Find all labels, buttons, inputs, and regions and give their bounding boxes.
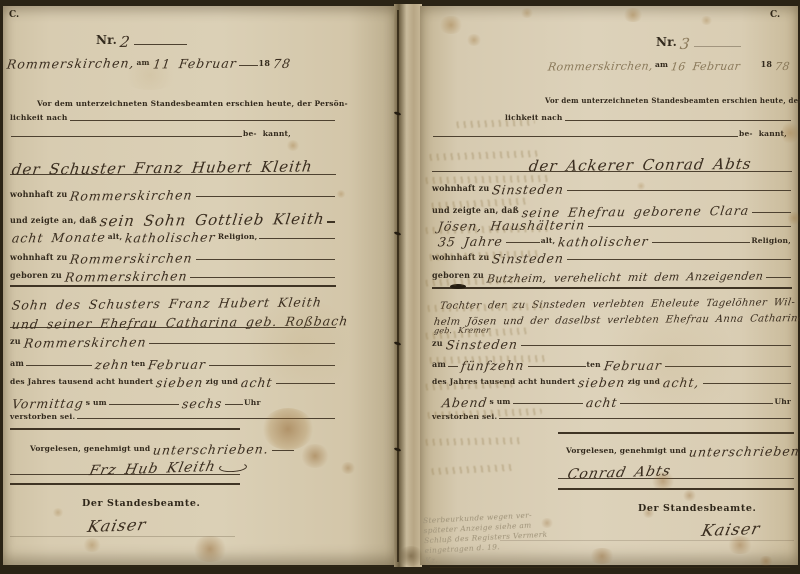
be-label: be- [243,130,258,140]
binding-thread [397,10,399,562]
intro-line2: lichkeit nach [505,114,792,124]
death-place-value: Rommerskirchen [21,336,149,350]
year-tens-value: sieben [153,376,206,389]
am-label: am [136,59,150,69]
residence-value: Rommerskirchen [67,189,195,203]
declarant-signature-row: Frz Hub Kleith [10,452,240,475]
section-divider [10,422,240,430]
year-value: 78 [772,61,792,72]
parentage-row-1: Sohn des Schusters Franz Hubert Kleith [10,290,336,308]
year-tens-value: sieben [575,376,628,389]
death-time-row: Abend s um acht Uhr [440,389,792,407]
death-time-row: Vormittag s um sechs Uhr [10,389,336,408]
place-date-row: Rommerskirchen, am 11 Februar 18 78 [5,58,293,69]
section-divider [558,483,794,490]
declarant-value: der Schuster Franz Hubert Kleith [9,159,316,177]
date-value: 11 Februar [150,58,239,71]
registrar-signature-row: Kaiser [86,508,226,532]
age-value: acht Monate [9,231,109,245]
section-divider [10,478,240,485]
kannt-label: kannt, [759,130,788,140]
place-date-row: Rommerskirchen, am 16 Februar 18 78 [546,60,792,70]
intro-line1: Vor dem unterzeichneten Standesbeamten e… [545,97,800,106]
death-place-row: zu Rommerskirchen [10,330,336,347]
declarant-row: der Schuster Franz Hubert Kleith [10,146,336,175]
kannt-label: kannt, [263,130,292,140]
intro-line1: Vor dem unterzeichneten Standesbeamten e… [37,100,349,110]
year-ones-value: acht [238,376,275,389]
verstorben-row: verstorben sei. [10,408,336,422]
intro-line2: lichkeit nach [10,114,336,124]
entry-number-row: Nr. 2 [96,34,188,48]
am-label: am [655,61,669,71]
date-value: 16 Februar [668,61,743,73]
parentage-row-2: und seiner Ehefrau Catharina geb. Roßbac… [10,309,336,328]
section-divider [558,426,794,434]
entry-number-row: Nr. 3 [656,36,742,50]
declarant-signature-row: Conrad Abts [558,456,794,479]
religion-value: katholischer [122,231,218,244]
declarant-signature: Conrad Abts [564,464,674,482]
form-letter-mark: C. [9,10,19,20]
declarant-value: der Ackerer Conrad Abts [526,157,755,174]
age-religion-row: 35 Jahre alt, katholischer Religion, [436,231,792,246]
century-label: 18 [761,60,774,70]
place-value: Rommerskirchen, [545,60,656,72]
entry-number-value: 3 [677,37,694,52]
nr-label: Nr. [656,36,678,50]
century-label: 18 [259,59,272,69]
residence-value: Sinsteden [489,183,567,196]
be-label: be- [739,130,754,140]
year-value: 78 [270,58,294,71]
nr-label: Nr. [96,34,118,48]
death-year-row: des Jahres tausend acht hundert sieben z… [10,370,336,387]
approval-row: Vorgelesen, genehmigt und unterschrieben… [566,438,794,456]
entry-number-value: 2 [117,35,134,50]
place-value: Rommerskirchen, [4,57,137,71]
age-value: 35 Jahre [435,235,506,248]
death-place-value: Sinsteden [443,338,521,351]
residence-row: wohnhaft zu Rommerskirchen [10,180,336,200]
bekannt-row: be- kannt, [432,130,788,140]
age-religion-row: acht Monate alt, katholischer Religion, [10,224,336,242]
year-ones-value: acht, [660,376,702,389]
form-letter-mark: C. [770,10,780,20]
pencil-marginal-note: Sterbeurkunde wegen ver- späteter Anzeig… [423,508,585,566]
register-book-photo: C. Nr. 2 Rommerskirchen, am 11 Februar 1… [0,0,800,574]
death-day-row: am zehn ten Februar [10,350,336,369]
section-divider [10,277,336,287]
registrar-signature: Kaiser [84,517,150,535]
bekannt-row: be- kannt, [10,130,292,140]
registrar-signature-row: Kaiser [700,512,800,536]
deceased-residence-row: wohnhaft zu Rommerskirchen [10,245,336,263]
religion-value: katholischer [555,235,651,248]
registrar-signature: Kaiser [698,521,764,539]
announcement-row: und zeigte an, daß sein Sohn Gottlieb Kl… [10,202,336,226]
